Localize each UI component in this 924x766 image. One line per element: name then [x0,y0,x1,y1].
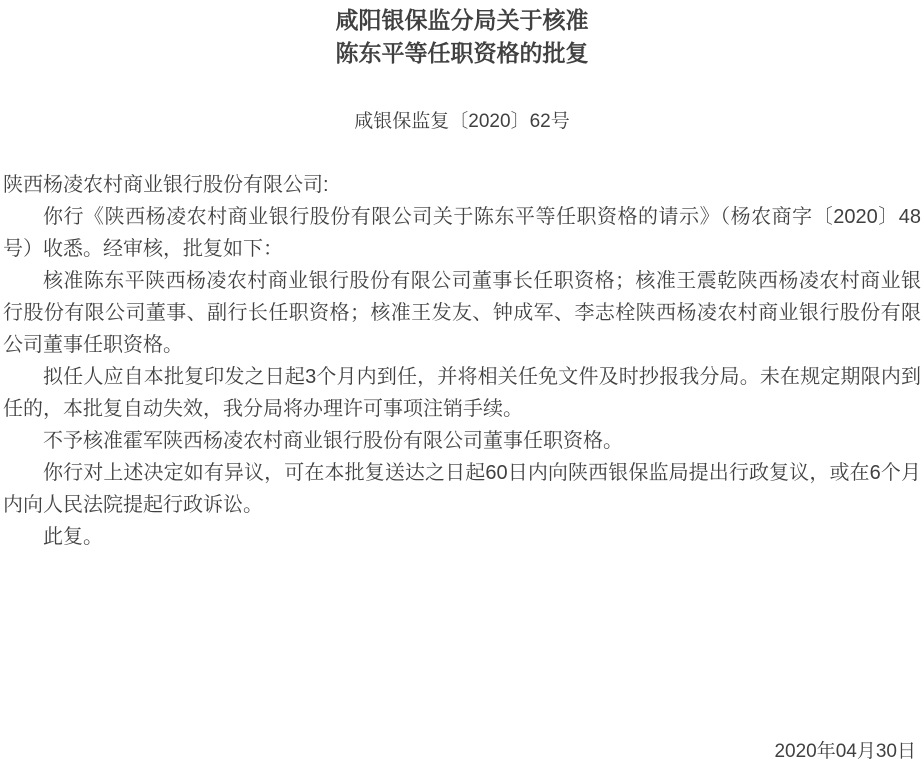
document-number: 咸银保监复〔2020〕62号 [0,108,924,136]
document-body: 陕西杨凌农村商业银行股份有限公司: 你行《陕西杨凌农村商业银行股份有限公司关于陈… [0,169,924,553]
paragraph-appointment-deadline: 拟任人应自本批复印发之日起3个月内到任，并将相关任免文件及时抄报我分局。未在规定… [3,361,921,425]
document-title-line1: 咸阳银保监分局关于核准 [0,4,924,37]
paragraph-closing: 此复。 [3,521,921,553]
document-page: 咸阳银保监分局关于核准 陈东平等任职资格的批复 咸银保监复〔2020〕62号 陕… [0,4,924,766]
paragraph-approvals: 核准陈东平陕西杨凌农村商业银行股份有限公司董事长任职资格；核准王震乾陕西杨凌农村… [3,265,921,361]
paragraph-disapproval: 不予核准霍军陕西杨凌农村商业银行股份有限公司董事任职资格。 [3,425,921,457]
paragraph-appeal-rights: 你行对上述决定如有异议，可在本批复送达之日起60日内向陕西银保监局提出行政复议，… [3,457,921,521]
document-title: 咸阳银保监分局关于核准 陈东平等任职资格的批复 [0,4,924,70]
document-date: 2020年04月30日 [0,739,924,765]
document-title-line2: 陈东平等任职资格的批复 [0,37,924,70]
addressee-line: 陕西杨凌农村商业银行股份有限公司: [3,169,921,201]
paragraph-request-received: 你行《陕西杨凌农村商业银行股份有限公司关于陈东平等任职资格的请示》（杨农商字〔2… [3,201,921,265]
